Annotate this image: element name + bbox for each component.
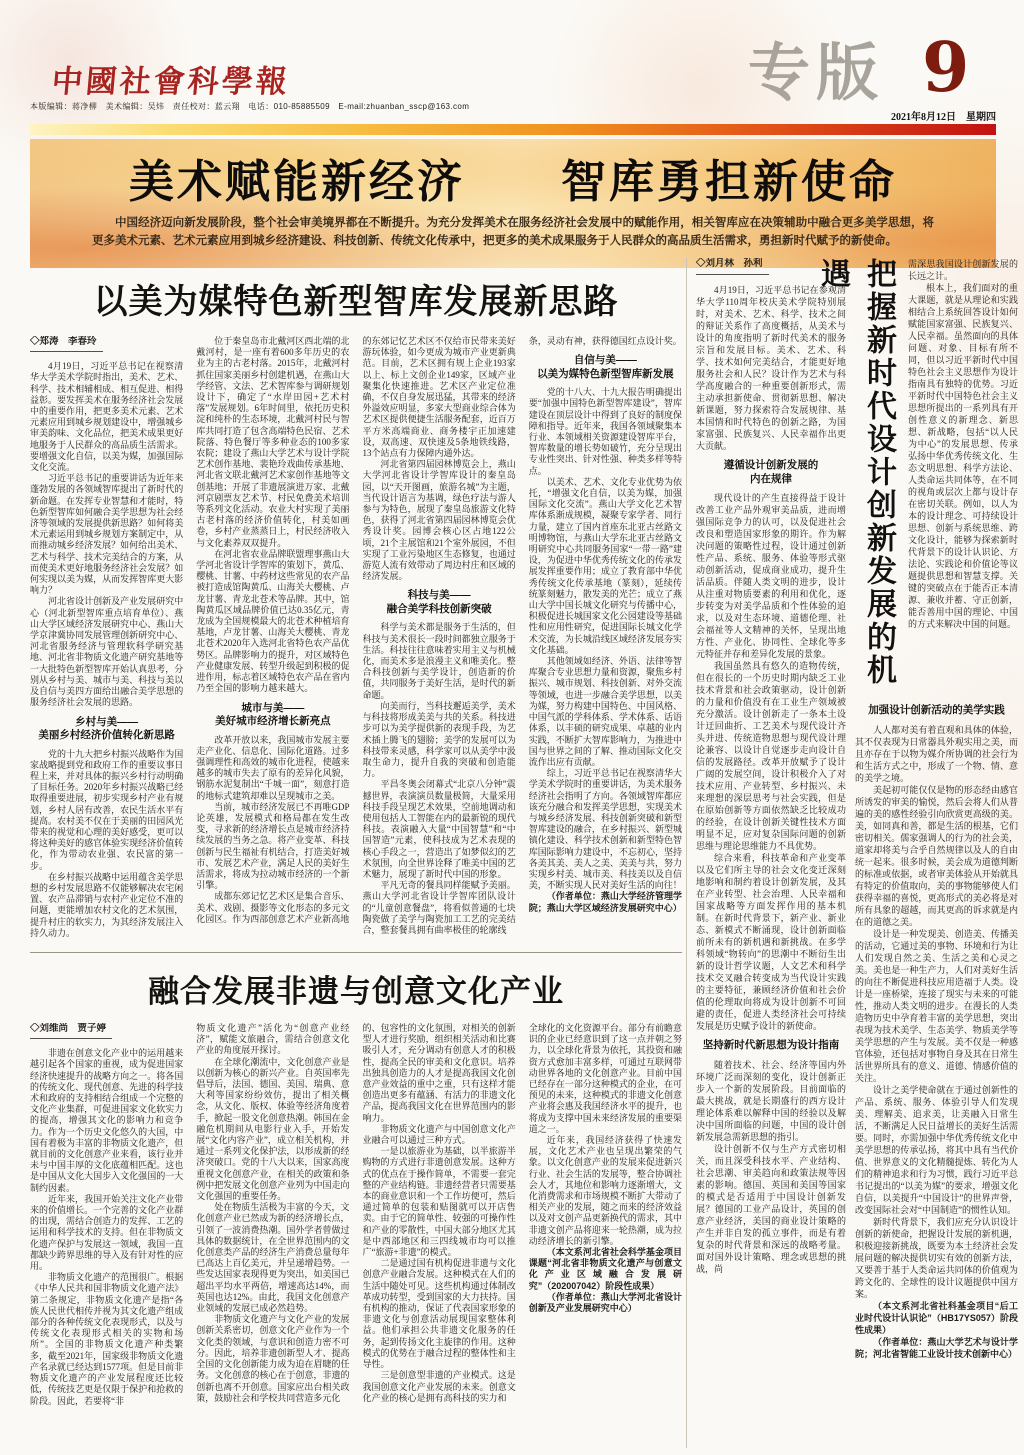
newspaper-logo: 中國社會科學報 bbox=[50, 56, 292, 101]
paragraph: 设计是一种发现美、创造美、传播美的活动，它通过美的事物、环境和行为让人们发现自然… bbox=[855, 928, 1018, 1084]
credit-note: （作者单位：燕山大学河北省设计创新及产业发展研究中心） bbox=[529, 1292, 682, 1314]
paragraph: 4月19日，习近平总书记在视察清华大学美术学院时指出，美术、艺术、科学、技术相辅… bbox=[30, 361, 183, 473]
vertical-divider bbox=[686, 258, 687, 1448]
paragraph: 以美术、艺术、文化专业优势为依托，“增强文化自信，以美为媒，加强国际文化交流”。… bbox=[529, 477, 682, 656]
article-column: 需深思我国设计创新发展的长远之计。根本上，我们面对的重大课题，就是从理论和实践相… bbox=[908, 258, 1018, 694]
paragraph: 设计之美学使命就在于通过创新性的产品、系统、服务、体验引导人们发现美、理解美、追… bbox=[855, 1084, 1018, 1216]
paragraph: 其他领域如经济、外语、法律等智库聚合专业思想力量和资源，聚焦乡村振兴、城市规划、… bbox=[529, 656, 682, 768]
fund-note: （本文系河北省社会科学基金项目课题“河北省非物质文化遗产与创意文化产业区域融合发… bbox=[529, 1247, 682, 1292]
paragraph-continued: 条，灵动有神，获得德国红点设计奖。 bbox=[529, 336, 682, 347]
article-heritage-industry: 融合发展非遗与创意文化产业 ◇刘维尚 贾子婷非遗在创意文化产业中的运用越来越引起… bbox=[30, 952, 682, 1448]
edition-label: 专版 bbox=[748, 42, 884, 104]
paragraph-continued: 需深思我国设计创新发展的长远之计。 bbox=[908, 258, 1018, 282]
paragraph: 非物质文化遗产与文化产业的发展创新关系密切，创意文化产业作为一个文化类的领域，与… bbox=[196, 1314, 349, 1404]
paragraph: 平昌冬奥会闭幕式“北京八分钟”震撼世界，表演演员数量极简，大量采用科技手段呈现艺… bbox=[363, 779, 516, 880]
paragraph: 综合来看，科技革命和产业变革以及它们所主导的社会文化变迁深刻地影响和制约着设计创… bbox=[696, 852, 846, 1032]
article-title-vertical: 把握新时代设计创新发展的机遇 bbox=[855, 258, 901, 694]
article-column: 物质文化遗产”活化为“创意产业经济”，赋能文旅融合，需结合创意文化产业的角度展开… bbox=[196, 1023, 349, 1429]
paragraph: 美起初可能仅仅是物的形态经由感官所诱发的审美的愉悦，然后会将人们从普遍的美的感性… bbox=[855, 784, 1018, 928]
subheading: 加强设计创新活动的美学实践 bbox=[855, 704, 1018, 718]
paragraph: 科学与美术都是服务于生活的，但科技与美术很长一段时间都独立服务于生活。科技往往意… bbox=[363, 622, 516, 700]
banner-intro: 中国经济迈向新发展阶段，整个社会审美境界都在不断提升。为充分发挥美术在服务经济社… bbox=[92, 215, 934, 250]
credit-note: （作者单位：燕山大学艺术与设计学院；河北省智能工业设计技术创新中心） bbox=[855, 1336, 1018, 1360]
article-title: 以美为媒特色新型智库发展新思路 bbox=[30, 274, 682, 323]
paragraph: 我国虽然具有悠久的造物传统，但在很长的一个历史时期内缺乏工业技术背景和社会政策驱… bbox=[696, 660, 846, 852]
paragraph: 新时代背景下，我们应充分认识设计创新的新使命，把握设计发展的新机遇，积极迎接新挑… bbox=[855, 1216, 1018, 1300]
byline: ◇刘维尚 贾子婷 bbox=[30, 1023, 112, 1039]
newspaper-page: 中國社會科學報 本版编辑：蒋净柳 美术编辑：吴炜 责任校对：蓝云翔 电话：010… bbox=[0, 0, 1024, 1455]
paragraph: 平凡无奇的餐具同样能赋予美丽。燕山大学河北省设计学智库团队设计的“儿童创意餐盘”… bbox=[363, 880, 516, 936]
paragraph: 非遗在创意文化产业中的运用越来越引起各个国家的重视，成为促进国家经济快速提升的战… bbox=[30, 1048, 183, 1194]
paragraph: 随着技术、社会、经济等国内外环境广泛而深刻的变化，设计创新正步入一个新的发展阶段… bbox=[696, 1059, 846, 1143]
gradient-divider bbox=[30, 124, 996, 135]
article-column: ◇刘维尚 贾子婷非遗在创意文化产业中的运用越来越引起各个国家的重视，成为促进国家… bbox=[30, 1023, 183, 1429]
credit-note: （作者单位：燕山大学经济管理学院；燕山大学区域经济发展研究中心） bbox=[529, 891, 682, 913]
paragraph: 三是创意型非遗的产业模式。这是我国创意文化产业发展的未来。创意文化产业的核心是拥… bbox=[363, 1370, 516, 1404]
paragraph: 非物质文化遗产与中国创意文化产业融合可以通过三种方式。 bbox=[363, 1124, 516, 1146]
banner-headline: 美术赋能新经济 智库勇担新使命 bbox=[30, 145, 996, 210]
paragraph: 当前，城市经济发展已不再唯GDP论英雄，发展模式和格局都在发生改变，寻求新的经济… bbox=[196, 802, 349, 892]
subheading: 乡村与美—— 美丽乡村经济价值转化新思路 bbox=[30, 716, 183, 743]
paragraph: 近年来，我国经济获得了快速发展，文化艺术产业也呈现出繁荣的气象。以文化创意产业的… bbox=[529, 1135, 682, 1247]
byline: ◇刘月林 孙利 bbox=[696, 258, 769, 275]
article-top-zone: 把握新时代设计创新发展的机遇 需深思我国设计创新发展的长远之计。根本上，我们面对… bbox=[855, 258, 1018, 694]
banner: 美术赋能新经济 智库勇担新使命 中国经济迈向新发展阶段，整个社会审美境界都在不断… bbox=[30, 139, 996, 268]
paragraph: 党的十九大把乡村振兴战略作为国家战略提到党和政府工作的重要议事日程上来，并对具体… bbox=[30, 749, 183, 872]
subheading: 科技与美—— 融合美学科技创新突破 bbox=[363, 589, 516, 616]
paragraph: 综上，习近平总书记在视察清华大学美术学院时的重要讲话，为美术服务经济社会指明了方… bbox=[529, 768, 682, 891]
paragraph: 近年来，我国开始关注文化产业带来的价值增长。一个完善的文化产业群的出现，需结合创… bbox=[30, 1194, 183, 1272]
subheading: 坚持新时代新思想为设计指南 bbox=[696, 1039, 846, 1053]
paragraph: 二是通过国有机构促进非遗与文化创意产业融合发展。这种模式在人们的生活中随处可见。… bbox=[363, 1258, 516, 1370]
article-column: 全球化的文化资源平台。部分有前瞻意识的企业已经意识到了这一点并朝之努力，以全球化… bbox=[529, 1023, 682, 1429]
subheading: 遵循设计创新发展的 内在规律 bbox=[696, 459, 846, 486]
article-columns: ◇刘维尚 贾子婷非遗在创意文化产业中的运用越来越引起各个国家的重视，成为促进国家… bbox=[30, 1023, 682, 1429]
staff-credits-line: 本版编辑：蒋净柳 美术编辑：吴炜 责任校对：蓝云翔 电话：010-8588550… bbox=[30, 101, 469, 112]
paragraph: 成都东郊记忆艺术区是集合音乐、美术、戏剧、摄影等文化形态的多元文化园区。作为西部… bbox=[196, 891, 349, 925]
subheading: 城市与美—— 美好城市经济增长新亮点 bbox=[196, 702, 349, 729]
article-columns: ◇郑涛 李春玲4月19日，习近平总书记在视察清华大学美术学院时指出，美术、艺术、… bbox=[30, 336, 682, 942]
subheading: 自信与美—— 以美为媒特色新型智库新发展 bbox=[529, 354, 682, 381]
paragraph: 位于秦皇岛市北戴河区西北端的北戴河村，是一座有着600多年历史的农业为主的古老村… bbox=[196, 336, 349, 549]
paragraph: 在全球化潮流中，文化创意产业是以创新为核心的新兴产业。自英国率先倡导后，法国、德… bbox=[196, 1057, 349, 1203]
paragraph: 河北省第四届园林博览会上，燕山大学河北省设计学智库设计的秦皇岛园，以“天开图画，… bbox=[363, 459, 516, 582]
paragraph: 非物质文化遗产的范围很广。根据《中华人民共和国非物质文化遗产法》第二条规定，非物… bbox=[30, 1272, 183, 1406]
article-column: 位于秦皇岛市北戴河区西北端的北戴河村，是一座有着600多年历史的农业为主的古老村… bbox=[196, 336, 349, 942]
paragraph-continued: 的东郊记忆艺术区不仅给市民带来美好游玩体验，如今更成为城市产业更新典范。目前，艺… bbox=[363, 336, 516, 459]
paragraph: 在乡村振兴战略中运用蕴含美学思想的乡村发展思路不仅能够解决农宅闲置、农产品滞销与… bbox=[30, 872, 183, 939]
paragraph: 习近平总书记的重要讲话为近年来蓬勃发展的各领域智库提出了新时代的新命题。在发挥专… bbox=[30, 473, 183, 596]
article-right-area: 把握新时代设计创新发展的机遇 需深思我国设计创新发展的长远之计。根本上，我们面对… bbox=[855, 258, 1018, 1450]
paragraph: 设计创新不仅与生产方式密切相关，而且深受科技水平、产业结构、社会思潮、审美趋向和… bbox=[696, 1143, 846, 1275]
fund-note: （本文系河北省社科基金项目“后工业时代设计认识论”（HB17YS057）阶段性成… bbox=[855, 1300, 1018, 1336]
paragraph: 党的十八大、十九大报告明确提出要“加强中国特色新型智库建设”，智库建设在顶层设计… bbox=[529, 387, 682, 477]
article-column: 加强设计创新活动的美学实践人人都对美有着直观和具体的体验，其不仅表现为日常器具外… bbox=[855, 697, 1018, 1450]
article-column: 条，灵动有神，获得德国红点设计奖。自信与美—— 以美为媒特色新型智库新发展党的十… bbox=[529, 336, 682, 942]
paragraph-continued: 物质文化遗产”活化为“创意产业经济”，赋能文旅融合，需结合创意文化产业的角度展开… bbox=[196, 1023, 349, 1057]
paragraph: 在河北省农业品牌联盟理事燕山大学河北省设计学智库的策划下，黄瓜、樱桃、甘薯、中药… bbox=[196, 549, 349, 695]
article-media-thinktank: 以美为媒特色新型智库发展新思路 ◇郑涛 李春玲4月19日，习近平总书记在视察清华… bbox=[30, 274, 682, 944]
article-title: 融合发展非遗与创意文化产业 bbox=[30, 966, 682, 1011]
paragraph: 处在物质生活极为丰富的今天，文化创意产业已然成为新的经济增长点，引领了一波消费热… bbox=[196, 1202, 349, 1314]
byline: ◇郑涛 李春玲 bbox=[30, 336, 103, 352]
paragraph: 向美而行，当科技邂逅美学，美术与科技将形成美美与共的关系。科技进步可以为美学提供… bbox=[363, 701, 516, 779]
paragraph-continued: 的、包容性的文化氛围，对相关的创新型人才进行奖励，组织相关活动和比赛吸引人才，充… bbox=[363, 1023, 516, 1124]
article-column: ◇郑涛 李春玲4月19日，习近平总书记在视察清华大学美术学院时指出，美术、艺术、… bbox=[30, 336, 183, 942]
paragraph: 4月19日，习近平总书记在参观清华大学110周年校庆美术学院特别展时，对美术、艺… bbox=[696, 284, 846, 452]
page-number: 9 bbox=[922, 34, 969, 102]
article-column: ◇刘月林 孙利4月19日，习近平总书记在参观清华大学110周年校庆美术学院特别展… bbox=[696, 258, 846, 1450]
article-design-opportunity: ◇刘月林 孙利4月19日，习近平总书记在参观清华大学110周年校庆美术学院特别展… bbox=[696, 258, 1018, 1450]
paragraph: 一是以旅游业为基础，以半旅游半购物的方式进行非遗创意发展。这种方式的优点在于操作… bbox=[363, 1146, 516, 1258]
date-line: 2021年8月12日 星期四 bbox=[840, 108, 996, 123]
paragraph-continued: 全球化的文化资源平台。部分有前瞻意识的企业已经意识到了这一点并朝之努力，以全球化… bbox=[529, 1023, 682, 1135]
article-column: 的、包容性的文化氛围，对相关的创新型人才进行奖励，组织相关活动和比赛吸引人才，充… bbox=[363, 1023, 516, 1429]
article-column: 的东郊记忆艺术区不仅给市民带来美好游玩体验，如今更成为城市产业更新典范。目前，艺… bbox=[363, 336, 516, 942]
paragraph: 现代设计的产生直接得益于设计改善工业产品外观审美品质，进而增强国际竞争力的认可，… bbox=[696, 492, 846, 660]
paragraph: 人人都对美有着直观和具体的体验，其不仅表现为日常器具外观实用之美，而且亦存在于以… bbox=[855, 724, 1018, 784]
paragraph: 河北省设计创新及产业发展研究中心（河北新型智库重点培育单位）、燕山大学区域经济发… bbox=[30, 596, 183, 708]
paragraph: 根本上，我们面对的重大课题，就是从理论和实践相结合上系统回答设计如何赋能国家富强… bbox=[908, 282, 1018, 630]
paragraph: 改革开放以来，我国城市发展主要走产业化、信息化、国际化道路。过多强调理性和高效的… bbox=[196, 735, 349, 802]
